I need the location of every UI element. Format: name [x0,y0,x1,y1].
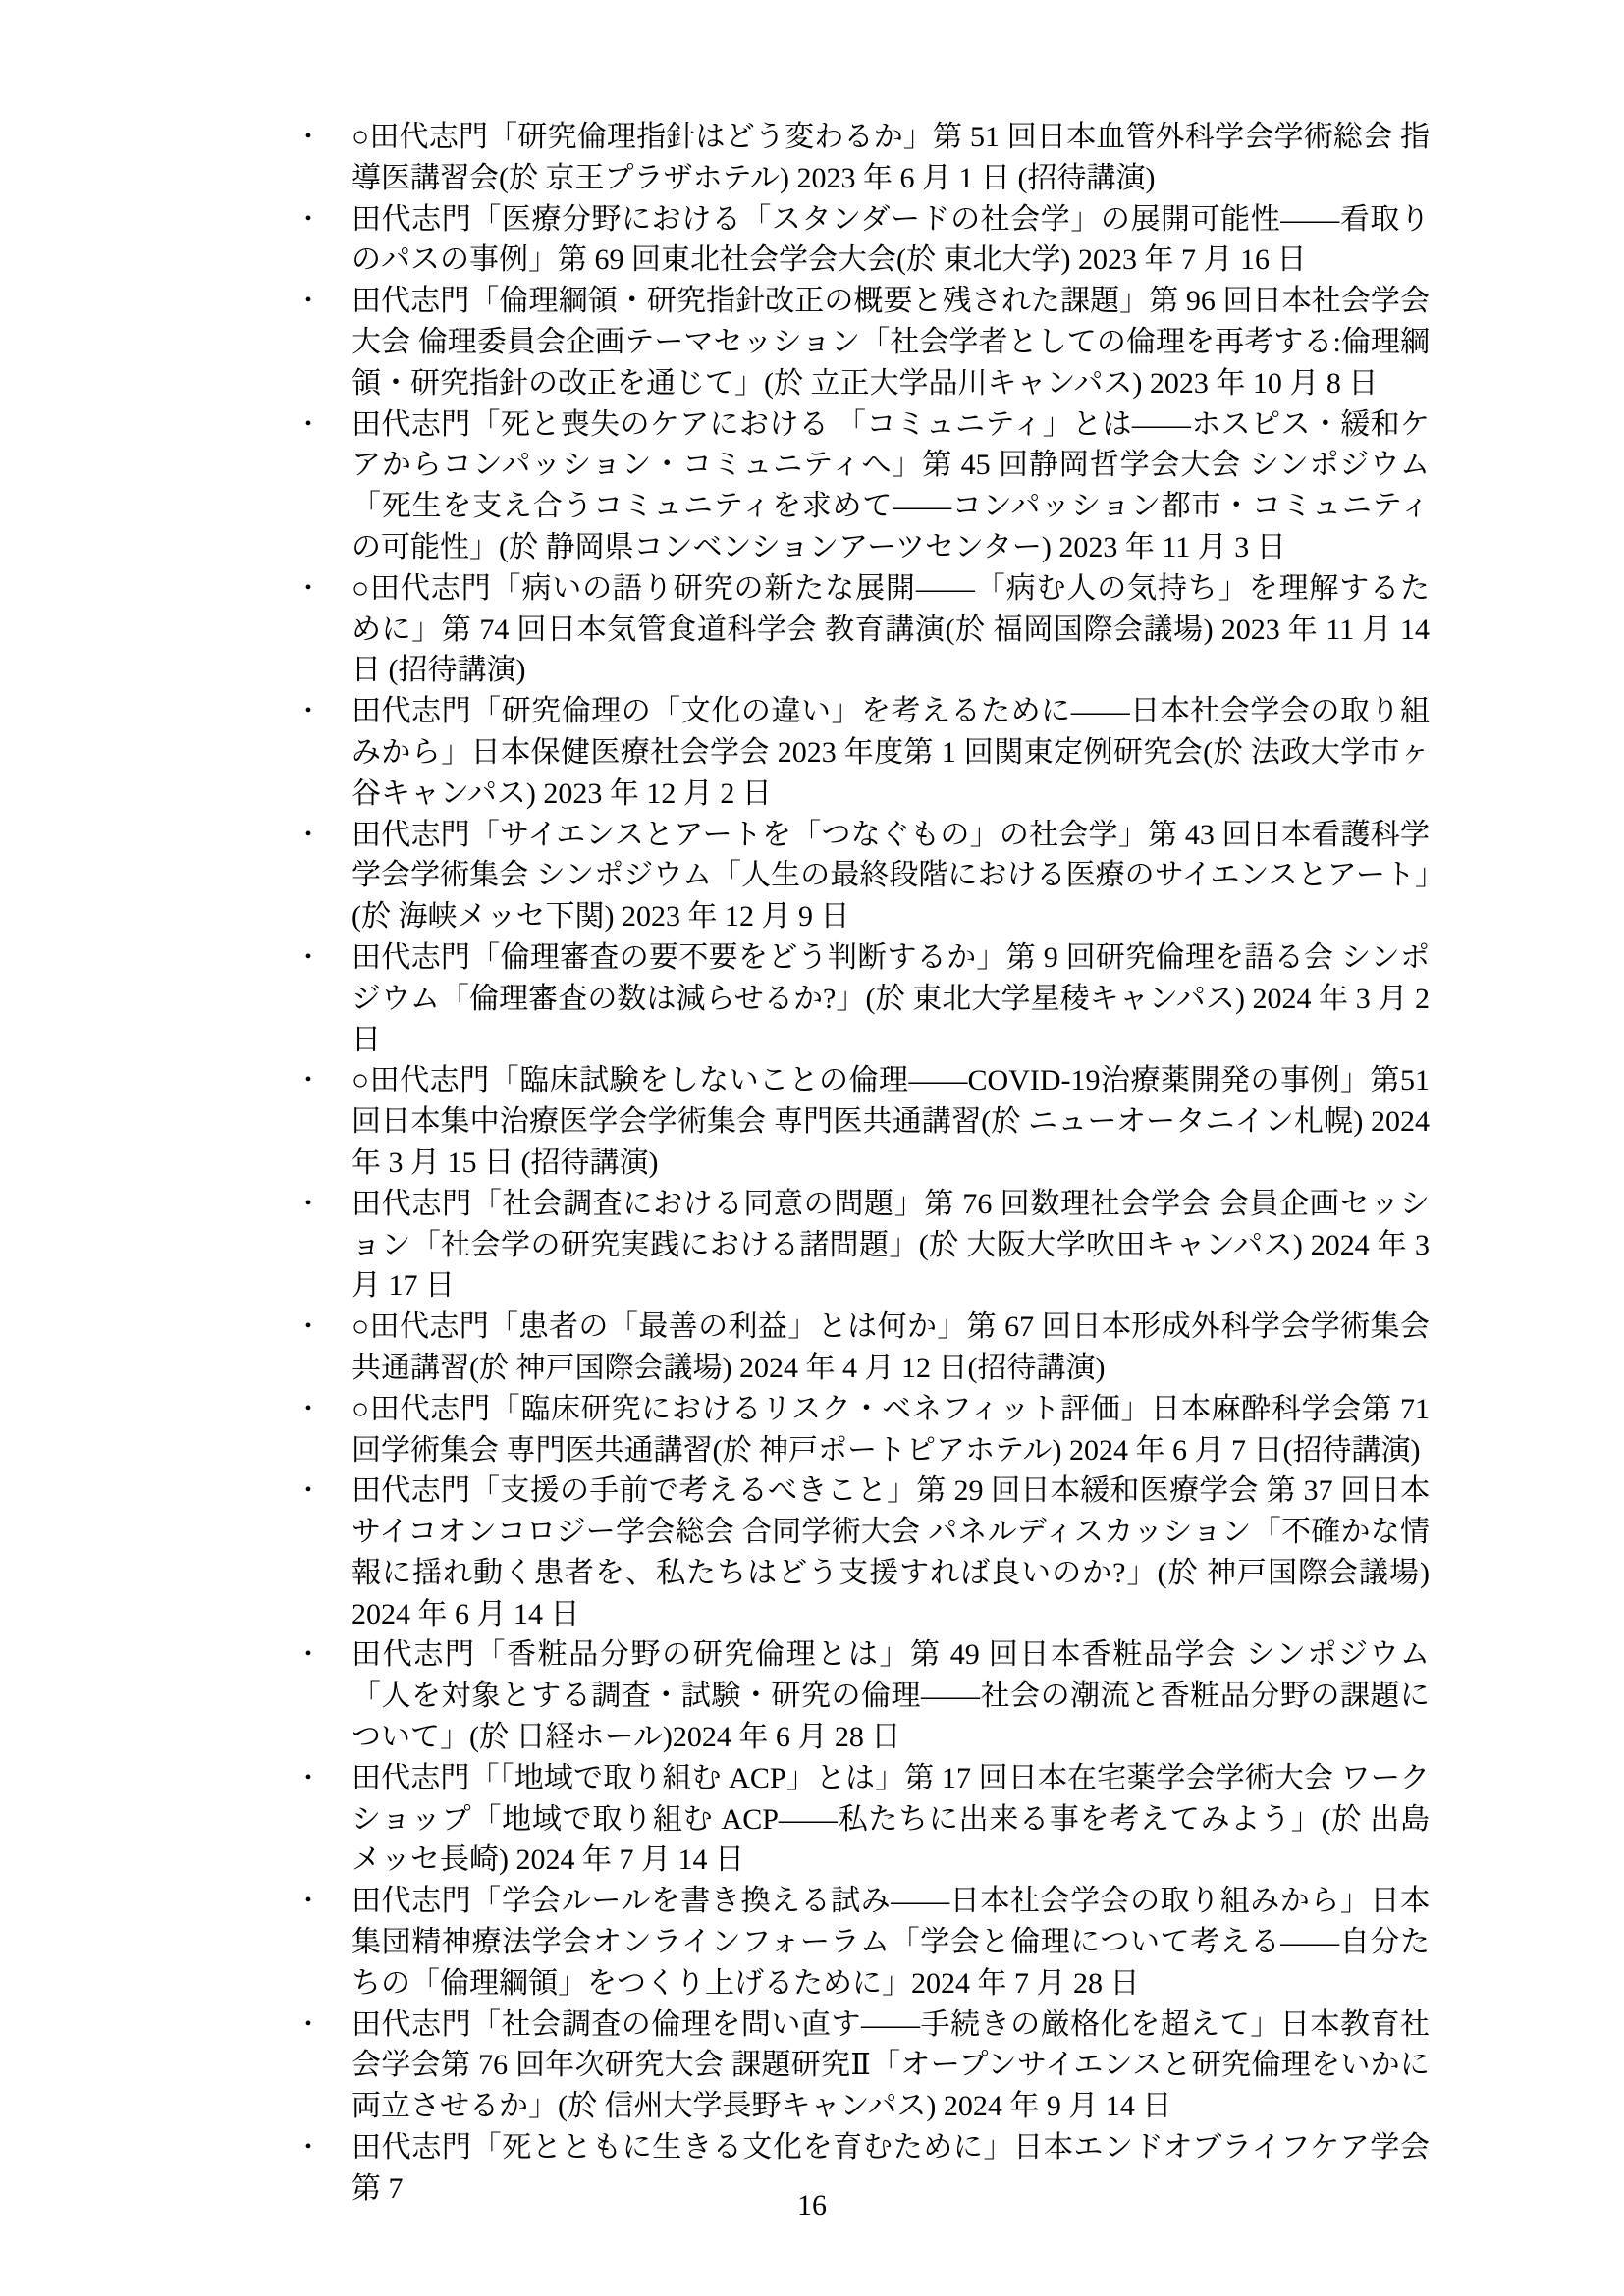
entry-text: 田代志門「社会調査における同意の問題」第 76 回数理社会学会 会員企画セッショ… [352,1188,1430,1303]
bullet-icon: • [298,1634,319,1676]
entry-text: 田代志門「医療分野における「スタンダードの社会学」の展開可能性――看取りのパスの… [352,203,1430,277]
document-page: •○田代志門「研究倫理指針はどう変わるか」第 51 回日本血管外科学会学術総会 … [0,0,1624,2296]
list-item: •田代志門「支援の手前で考えるべきこと」第 29 回日本緩和医療学会 第 37 … [0,1470,1624,1634]
bullet-icon: • [298,1758,319,1799]
list-item: •○田代志門「研究倫理指針はどう変わるか」第 51 回日本血管外科学会学術総会 … [0,117,1624,199]
list-item: •○田代志門「患者の「最善の利益」とは何か」第 67 回日本形成外科学会学術集会… [0,1307,1624,1389]
entry-text: ○田代志門「臨床研究におけるリスク・ベネフィット評価」日本麻酔科学会第 71 回… [352,1393,1430,1467]
entry-text: 田代志門「学会ルールを書き換える試み――日本社会学会の取り組みから」日本集団精神… [352,1885,1430,2000]
page-number: 16 [0,2185,1624,2226]
bullet-icon: • [298,937,319,979]
list-item: •田代志門「倫理審査の要不要をどう判断するか」第 9 回研究倫理を語る会 シンポ… [0,937,1624,1060]
list-item: •田代志門「研究倫理の「文化の違い」を考えるために――日本社会学会の取り組みから… [0,691,1624,814]
entry-text: 田代志門「社会調査の倫理を問い直す――手続きの厳格化を超えて」日本教育社会学会第… [352,2008,1430,2123]
publication-list: •○田代志門「研究倫理指針はどう変わるか」第 51 回日本血管外科学会学術総会 … [0,117,1624,2210]
list-item: •田代志門「医療分野における「スタンダードの社会学」の展開可能性――看取りのパス… [0,199,1624,282]
bullet-icon: • [298,1389,319,1430]
bullet-icon: • [298,2004,319,2046]
entry-text: ○田代志門「臨床試験をしないことの倫理――COVID-19治療薬開発の事例」第5… [352,1064,1430,1179]
list-item: •田代志門「死と喪失のケアにおける 「コミュニティ」とは――ホスピス・緩和ケアか… [0,404,1624,568]
entry-text: ○田代志門「患者の「最善の利益」とは何か」第 67 回日本形成外科学会学術集会 … [352,1310,1430,1384]
entry-text: 田代志門「支援の手前で考えるべきこと」第 29 回日本緩和医療学会 第 37 回… [352,1474,1430,1629]
list-item: •田代志門「サイエンスとアートを「つなぐもの」の社会学」第 43 回日本看護科学… [0,815,1624,937]
list-item: •田代志門「香粧品分野の研究倫理とは」第 49 回日本香粧品学会 シンポジウム「… [0,1634,1624,1757]
entry-text: ○田代志門「病いの語り研究の新たな展開――「病む人の気持ち」を理解するために」第… [352,572,1430,687]
list-item: •○田代志門「臨床研究におけるリスク・ベネフィット評価」日本麻酔科学会第 71 … [0,1389,1624,1471]
list-item: •田代志門「「地域で取り組む ACP」とは」第 17 回日本在宅薬学会学術大会 … [0,1758,1624,1881]
entry-text: 田代志門「研究倫理の「文化の違い」を考えるために――日本社会学会の取り組みから」… [352,695,1430,810]
entry-text: 田代志門「サイエンスとアートを「つなぐもの」の社会学」第 43 回日本看護科学学… [352,819,1430,934]
list-item: •○田代志門「臨床試験をしないことの倫理――COVID-19治療薬開発の事例」第… [0,1060,1624,1183]
entry-text: 田代志門「倫理綱領・研究指針改正の概要と残された課題」第 96 回日本社会学会大… [352,285,1430,400]
list-item: •田代志門「倫理綱領・研究指針改正の概要と残された課題」第 96 回日本社会学会… [0,281,1624,403]
list-item: •田代志門「社会調査の倫理を問い直す――手続きの厳格化を超えて」日本教育社会学会… [0,2004,1624,2127]
bullet-icon: • [298,1184,319,1225]
bullet-icon: • [298,1060,319,1101]
bullet-icon: • [298,281,319,322]
bullet-icon: • [298,2127,319,2168]
list-item: •田代志門「社会調査における同意の問題」第 76 回数理社会学会 会員企画セッシ… [0,1184,1624,1307]
entry-text: 田代志門「「地域で取り組む ACP」とは」第 17 回日本在宅薬学会学術大会 ワ… [352,1762,1430,1877]
entry-text: 田代志門「倫理審査の要不要をどう判断するか」第 9 回研究倫理を語る会 シンポジ… [352,941,1430,1056]
bullet-icon: • [298,1881,319,1922]
bullet-icon: • [298,1470,319,1512]
entry-text: ○田代志門「研究倫理指針はどう変わるか」第 51 回日本血管外科学会学術総会 指… [352,121,1430,194]
bullet-icon: • [298,199,319,240]
bullet-icon: • [298,691,319,732]
bullet-icon: • [298,815,319,856]
entry-text: 田代志門「香粧品分野の研究倫理とは」第 49 回日本香粧品学会 シンポジウム「人… [352,1638,1430,1753]
bullet-icon: • [298,404,319,446]
bullet-icon: • [298,1307,319,1348]
entry-text: 田代志門「死と喪失のケアにおける 「コミュニティ」とは――ホスピス・緩和ケアから… [352,408,1430,563]
bullet-icon: • [298,568,319,610]
list-item: •○田代志門「病いの語り研究の新たな展開――「病む人の気持ち」を理解するために」… [0,568,1624,691]
list-item: •田代志門「学会ルールを書き換える試み――日本社会学会の取り組みから」日本集団精… [0,1881,1624,2003]
bullet-icon: • [298,117,319,158]
